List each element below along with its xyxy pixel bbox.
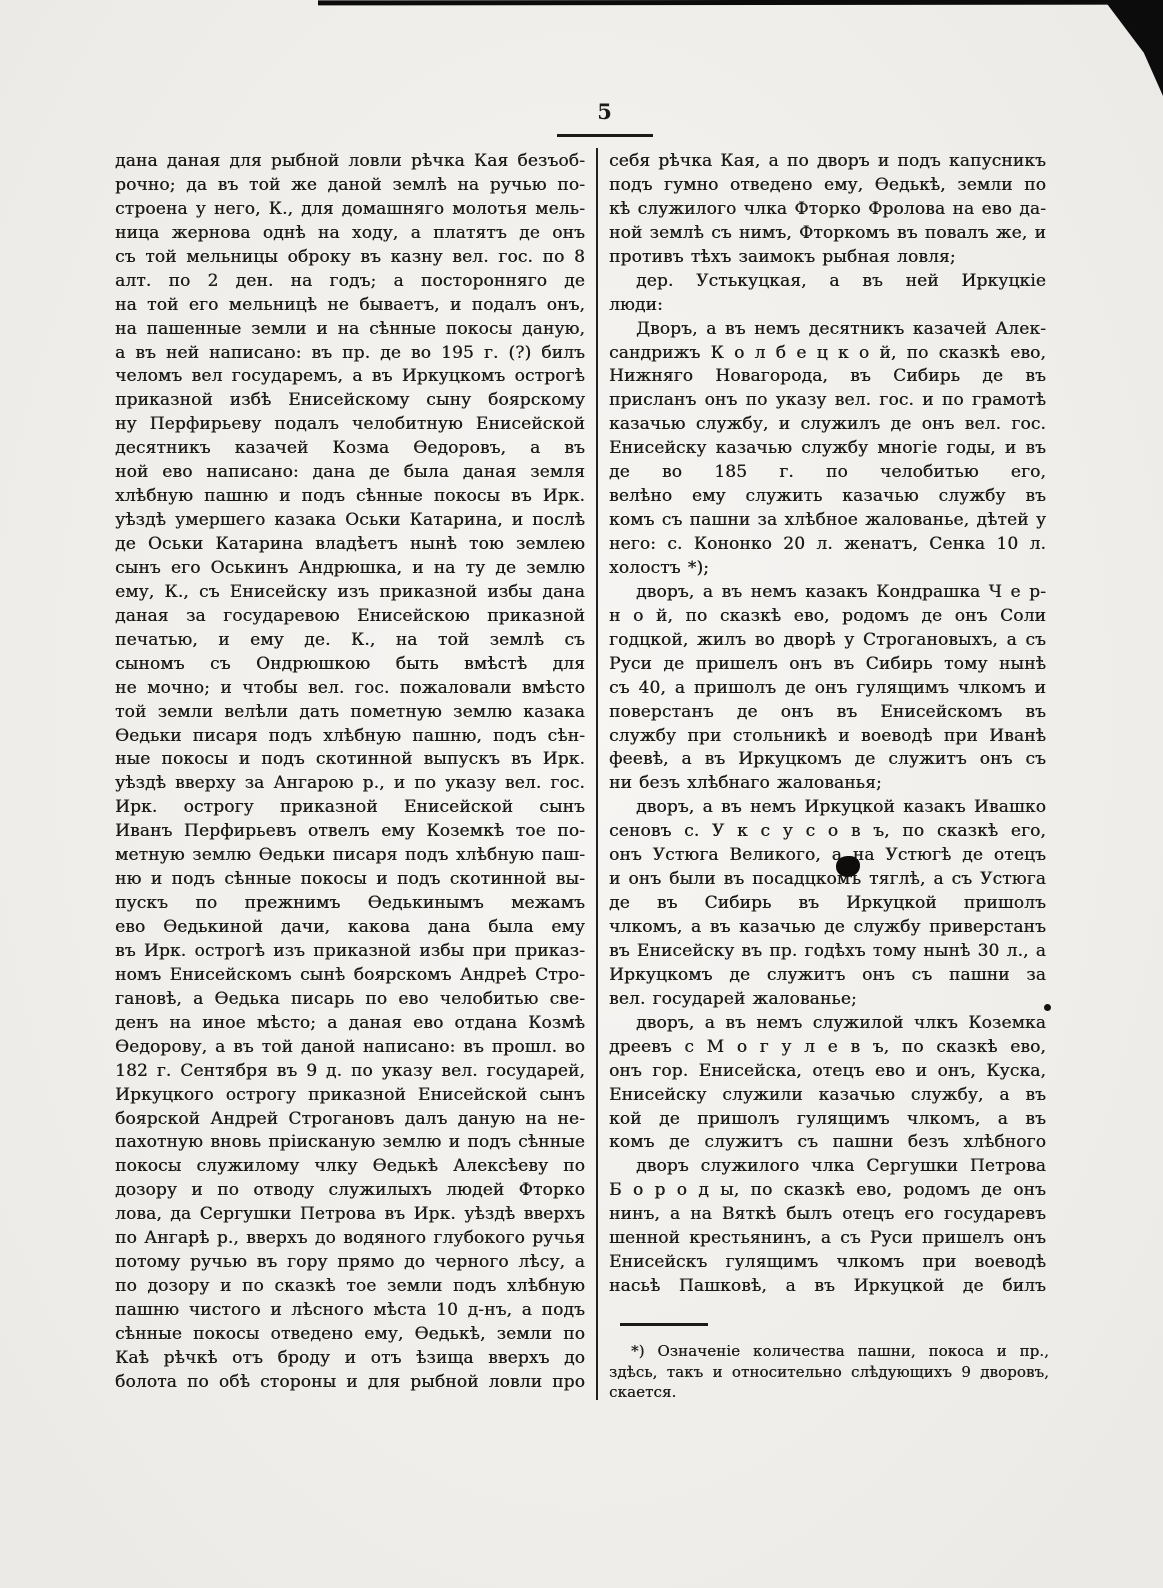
scan-artifact-corner (1099, 0, 1163, 96)
text-line: гановѣ, а Ѳедька писарь по ево челобитью… (115, 988, 585, 1012)
text-line: противъ тѣхъ заимокъ рыбная ловля; (609, 246, 1046, 270)
text-line: хлѣбную пашню и подъ сѣнные покосы въ Ир… (115, 485, 585, 509)
text-line: алт. по 2 ден. на годъ; а посторонняго д… (115, 270, 585, 294)
text-line: Руси де пришелъ онъ въ Сибирь тому нынѣ … (609, 653, 1046, 677)
text-line: люди: (609, 294, 1046, 318)
text-line: сандрижъ К о л б е ц к о й, по сказкѣ ев… (609, 342, 1046, 366)
text-line: печатью, и ему де. К., на той землѣ съ О… (115, 629, 585, 653)
text-line: казачью службу, и служилъ де онъ вел. го… (609, 413, 1046, 437)
text-line: службу при стольникѣ и воеводѣ при Иванѣ… (609, 725, 1046, 749)
text-line: челомъ вел государемъ, а въ Иркуцкомъ ос… (115, 365, 585, 389)
text-line: по Ангарѣ р., вверхъ до водяного глубоко… (115, 1227, 585, 1251)
text-line: де Оськи Катарина владѣетъ нынѣ тою земл… (115, 533, 585, 557)
text-line: дворъ, а въ немъ казакъ Кондрашка Ч е р- (609, 581, 1046, 605)
text-line: Ирк. острогу приказной Енисейской сынъ б… (115, 796, 585, 820)
text-line: дреевъ с М о г у л е в ъ, по сказкѣ ево,… (609, 1036, 1046, 1060)
text-line: съ 40, а пришолъ де онъ гулящимъ члкомъ … (609, 677, 1046, 701)
text-line: феевѣ, а въ Иркуцкомъ де служитъ онъ съ … (609, 748, 1046, 772)
text-line: себя рѣчка Кая, а по дворъ и подъ капусн… (609, 150, 1046, 174)
text-line: здѣсь, такъ и относительно слѣдующихъ 9 … (609, 1362, 1049, 1383)
text-line: а въ ней написано: въ пр. де во 195 г. (… (115, 342, 585, 366)
text-line: Нижняго Новагорода, въ Сибирь де въ Енис… (609, 365, 1046, 389)
text-line: ево Ѳедькиной дачи, какова дана была ему… (115, 916, 585, 940)
text-line: н о й, по сказкѣ ево, родомъ де онъ Соли… (609, 605, 1046, 629)
text-line: Ѳедорову, а въ той даной написано: въ пр… (115, 1036, 585, 1060)
text-line: въ Енисейску въ пр. годѣхъ тому нынѣ 30 … (609, 940, 1046, 964)
text-line: Каѣ рѣчкѣ отъ броду и отъ ѣзища вверхъ д… (115, 1347, 585, 1371)
text-line: поверстанъ де онъ въ Енисейскомъ въ каза… (609, 701, 1046, 725)
text-line: метную землю Ѳедьки писаря подъ хлѣбную … (115, 844, 585, 868)
text-line: кѣ служилого члка Фторко Фролова на ево … (609, 198, 1046, 222)
text-line: сеновъ с. У к с у с о в ъ, по сказкѣ его… (609, 820, 1046, 844)
text-line: болота по обѣ стороны и для рыбной ловли… (115, 1371, 585, 1395)
text-line: насьѣ Пашковѣ, а въ Иркуцкой де билъ чел… (609, 1275, 1046, 1299)
text-line: подъ гумно отведено ему, Ѳедькѣ, земли п… (609, 174, 1046, 198)
text-line: строена у него, К., для домашняго молоть… (115, 198, 585, 222)
text-line: потому ручью въ гору прямо до черного лѣ… (115, 1251, 585, 1275)
text-line: рочно; да въ той же даной землѣ на ручью… (115, 174, 585, 198)
text-line: ница жернова однѣ на ходу, а платятъ де … (115, 222, 585, 246)
text-line: на той его мельницѣ не бываетъ, и подалъ… (115, 294, 585, 318)
right-column: себя рѣчка Кая, а по дворъ и подъ капусн… (609, 150, 1046, 1299)
text-line: дворъ, а въ немъ служилой члкъ Коземка А… (609, 1012, 1046, 1036)
text-line: пускъ по прежнимъ Ѳедькинымъ межамъ прот… (115, 892, 585, 916)
text-line: пашню чистого и лѣсного мѣста 10 д-нъ, а… (115, 1299, 585, 1323)
text-line: кой де пришолъ гулящимъ члкомъ, а въ Ирк… (609, 1108, 1046, 1132)
text-line: вел. государей жалованье; (609, 988, 1046, 1012)
header-rule (557, 134, 653, 137)
text-line: де въ Сибирь въ Иркуцкой пришолъ гулящим… (609, 892, 1046, 916)
text-line: комъ де служитъ съ пашни безъ хлѣбного ж… (609, 1131, 1046, 1155)
text-line: и онъ были въ посадцкомъ тяглѣ, а съ Уст… (609, 868, 1046, 892)
text-line: боярской Андрей Строгановъ далъ даную на… (115, 1108, 585, 1132)
left-column: дана даная для рыбной ловли рѣчка Кая бе… (115, 150, 585, 1395)
text-line: уѣздѣ умершего казака Оськи Катарина, и … (115, 509, 585, 533)
text-line: Иркуцкого острогу приказной Енисейской с… (115, 1084, 585, 1108)
text-line: нинъ, а на Вяткѣ былъ отецъ его государе… (609, 1203, 1046, 1227)
text-line: покосы служилому члку Ѳедькѣ Алексѣеву п… (115, 1155, 585, 1179)
text-line: дворъ служилого члка Сергушки Петрова с. (609, 1155, 1046, 1179)
page-number: 5 (0, 99, 1163, 124)
text-line: Иванъ Перфирьевъ отвелъ ему Коземкѣ тое … (115, 820, 585, 844)
text-line: той земли велѣли дать пометную землю каз… (115, 701, 585, 725)
text-line: номъ Енисейскомъ сынѣ боярскомъ Андреѣ С… (115, 964, 585, 988)
text-line: даная за государевою Енисейскою приказно… (115, 605, 585, 629)
text-line: на пашенные земли и на сѣнные покосы дан… (115, 318, 585, 342)
text-line: дворъ, а въ немъ Иркуцкой казакъ Ивашко … (609, 796, 1046, 820)
text-line: скается. (609, 1382, 1049, 1403)
text-line: шенной крестьянинъ, а съ Руси пришелъ он… (609, 1227, 1046, 1251)
text-line: него: с. Кононко 20 л. женатъ, Сенка 10 … (609, 533, 1046, 557)
text-line: члкомъ, а въ казачью де службу приверста… (609, 916, 1046, 940)
text-line: не мочно; и чтобы вел. гос. пожаловали в… (115, 677, 585, 701)
text-line: по дозору и по сказкѣ тое земли подъ хлѣ… (115, 1275, 585, 1299)
text-line: лова, да Сергушки Петрова въ Ирк. уѣздѣ … (115, 1203, 585, 1227)
text-line: ню и подъ сѣнные покосы и подъ скотинной… (115, 868, 585, 892)
text-line: сынъ его Оськинъ Андрюшка, и на ту де зе… (115, 557, 585, 581)
text-line: денъ на иное мѣсто; а даная ево отдана К… (115, 1012, 585, 1036)
book-page: 5 дана даная для рыбной ловли рѣчка Кая … (0, 0, 1163, 1588)
text-line: Ѳедьки писаря подъ хлѣбную пашню, подъ с… (115, 725, 585, 749)
footnote: *) Означеніе количества пашни, покоса и … (609, 1341, 1049, 1403)
text-line: Дворъ, а въ немъ десятникъ казачей Алек- (609, 318, 1046, 342)
text-line: дана даная для рыбной ловли рѣчка Кая бе… (115, 150, 585, 174)
column-divider-rule (596, 148, 598, 1400)
scan-artifact-top-edge (318, 0, 1163, 5)
text-line: уѣздѣ вверху за Ангарою р., и по указу в… (115, 772, 585, 796)
text-line: ной ево написано: дана де была даная зем… (115, 461, 585, 485)
text-line: десятникъ казачей Козма Ѳедоровъ, а въ ч… (115, 437, 585, 461)
text-line: Енисейску казачью службу многіе годы, и … (609, 437, 1046, 461)
text-line: 182 г. Сентября въ 9 д. по указу вел. го… (115, 1060, 585, 1084)
text-line: годцкой, жилъ во дворѣ у Строгановыхъ, а… (609, 629, 1046, 653)
text-line: Б о р о д ы, по сказкѣ ево, родомъ де он… (609, 1179, 1046, 1203)
text-line: *) Означеніе количества пашни, покоса и … (609, 1341, 1049, 1362)
footnote-separator-rule (620, 1323, 708, 1326)
text-line: Иркуцкомъ де служитъ онъ съ пашни за хлѣ… (609, 964, 1046, 988)
text-line: ной землѣ съ нимъ, Фторкомъ въ повалъ же… (609, 222, 1046, 246)
text-line: ему, К., съ Енисейску изъ приказной избы… (115, 581, 585, 605)
text-line: онъ гор. Енисейска, отецъ ево и онъ, Кус… (609, 1060, 1046, 1084)
text-line: сыномъ съ Ондрюшкою быть вмѣстѣ для утѣс… (115, 653, 585, 677)
text-line: ну Перфирьеву подалъ челобитную Енисейск… (115, 413, 585, 437)
text-line: дер. Устькуцкая, а въ ней Иркуцкіе служи… (609, 270, 1046, 294)
text-line: дозору и по отводу служилыхъ людей Фторк… (115, 1179, 585, 1203)
text-line: Енисейску служили казачью службу, а въ И… (609, 1084, 1046, 1108)
text-line: комъ съ пашни за хлѣбное жалованье, дѣте… (609, 509, 1046, 533)
text-line: ни безъ хлѣбнаго жалованья; (609, 772, 1046, 796)
ink-dot-artifact (1044, 1004, 1051, 1011)
text-line: холостъ *); (609, 557, 1046, 581)
text-line: пахотную вновь пріисканую землю и подъ с… (115, 1131, 585, 1155)
text-line: Енисейскъ гулящимъ члкомъ при воеводѣ Аѳ… (609, 1251, 1046, 1275)
text-line: въ Ирк. острогѣ изъ приказной избы при п… (115, 940, 585, 964)
text-line: приказной избѣ Енисейскому сыну боярском… (115, 389, 585, 413)
text-line: присланъ онъ по указу вел. гос. и по гра… (609, 389, 1046, 413)
text-line: сѣнные покосы отведено ему, Ѳедькѣ, земл… (115, 1323, 585, 1347)
text-line: велѣно ему служить казачью службу въ Ирк… (609, 485, 1046, 509)
text-line: съ той мельницы оброку въ казну вел. гос… (115, 246, 585, 270)
text-line: де во 185 г. по челобитью его, Александр… (609, 461, 1046, 485)
text-line: онъ Устюга Великого, а на Устюгѣ де отец… (609, 844, 1046, 868)
text-line: ные покосы и подъ скотинной выпускъ въ И… (115, 748, 585, 772)
